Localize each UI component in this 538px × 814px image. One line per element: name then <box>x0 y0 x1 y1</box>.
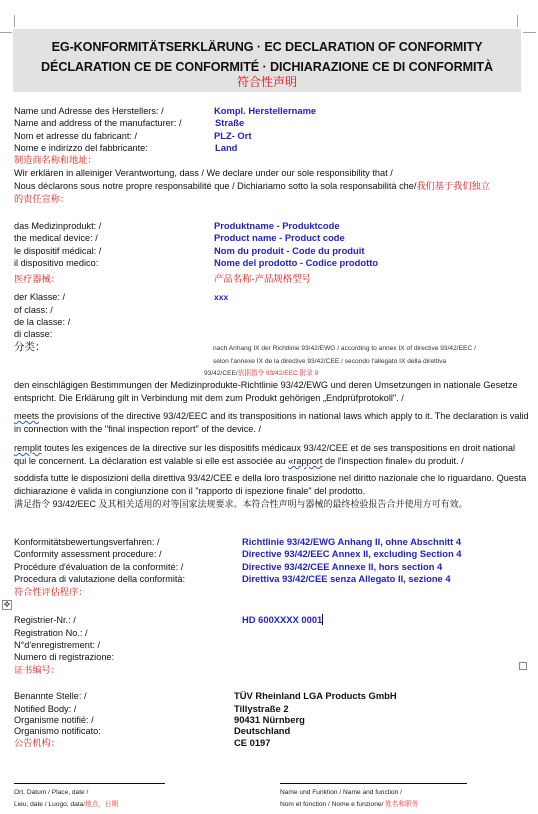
signature-label-name-function-2: Nom et fonction / Nome e funzione/ 姓名和职务 <box>280 797 418 813</box>
device-label-fr: le dispositif médical: / <box>14 245 101 257</box>
title-line-2: DÉCLARATION CE DE CONFORMITÉ · DICHIARAZ… <box>13 60 521 74</box>
device-value-en[interactable]: Product name - Product code <box>214 232 345 244</box>
class-annex-line-1: nach Anhang IX der Richtlinie 93/42/EWG … <box>213 342 476 355</box>
procedure-label-fr: Procédure d'évaluation de la conformité:… <box>14 561 183 573</box>
notified-body-label-it: Organismo notificato: <box>14 725 101 737</box>
statement-fr-end: de l'inspection finale» du produit. / <box>323 456 464 466</box>
class-label-cn: 分类： <box>14 341 46 353</box>
crop-mark-right-horizontal <box>523 32 536 33</box>
manufacturer-label-it: Nome e indirizzo del fabbricante: <box>14 142 148 154</box>
statement-en-text: the provisions of the directive 93/42/EE… <box>14 411 529 434</box>
registration-label-cn: 证书编号： <box>14 664 60 676</box>
manufacturer-label-de: Name und Adresse des Herstellers: / <box>14 105 164 117</box>
device-label-cn: 医疗器械： <box>14 273 60 285</box>
registration-label-en: Registration No.: / <box>14 627 88 639</box>
procedure-value-it[interactable]: Direttiva 93/42/CEE senza Allegato II, s… <box>242 573 451 585</box>
document-header: EG-KONFORMITÄTSERKLÄRUNG · EC DECLARATIO… <box>13 29 521 92</box>
declaration-line-2-cn: 我们基于我们独立 <box>416 181 490 191</box>
statement-fr-first-word: remplit <box>14 443 42 453</box>
device-label-de: das Medizinprodukt: / <box>14 220 101 232</box>
registration-label-it: Numero di registrazione: <box>14 651 114 663</box>
registration-label-de: Registrier-Nr.: / <box>14 614 76 626</box>
manufacturer-label-fr: Nom et adresse du fabricant: / <box>14 130 137 142</box>
manufacturer-label-en: Name and address of the manufacturer: / <box>14 117 182 129</box>
crop-mark-left-vertical <box>14 15 15 27</box>
declaration-line-2-text: Nous déclarons sous notre propre respons… <box>14 181 416 191</box>
statement-fr: remplit toutes les exigences de la direc… <box>14 442 529 468</box>
device-value-de[interactable]: Produktname - Produktcode <box>214 220 340 232</box>
notified-body-label-cn: 公告机构： <box>14 737 60 749</box>
device-value-it[interactable]: Nome del prodotto - Codice prodotto <box>214 257 378 269</box>
notified-body-country: Deutschland <box>234 725 290 737</box>
signature-label-name-function-2-text: Nom et fonction / Nome e funzione/ <box>280 801 383 808</box>
declaration-line-2: Nous déclarons sous notre propre respons… <box>14 180 490 192</box>
class-label-de: der Klasse: / <box>14 291 65 303</box>
notified-body-ce-number: CE 0197 <box>234 737 270 749</box>
class-label-it: di classe: <box>14 328 52 340</box>
text-cursor <box>322 614 323 625</box>
statement-it: soddisfa tutte le disposizioni della dir… <box>14 472 529 498</box>
signature-label-place-date-2-text: Lieu, date / Luogo, data <box>14 801 83 808</box>
procedure-value-fr[interactable]: Directive 93/42/CEE Annexe II, hors sect… <box>242 561 442 573</box>
class-annex-line-3-text: 93/42/CEE/ <box>204 370 238 377</box>
declaration-line-1: Wir erklären in alleiniger Verantwortung… <box>14 167 393 179</box>
procedure-value-de[interactable]: Richtlinie 93/42/EWG Anhang II, ohne Abs… <box>242 536 461 548</box>
registration-label-fr: N°d'enregistrement: / <box>14 639 100 651</box>
device-value-fr[interactable]: Nom du produit - Code du produit <box>214 245 365 257</box>
registration-number[interactable]: HD 600XXXX 0001 <box>242 614 322 625</box>
procedure-label-en: Conformity assessment procedure: / <box>14 548 162 560</box>
procedure-value-en[interactable]: Directive 93/42/EEC Annex II, excluding … <box>242 548 462 560</box>
procedure-label-it: Procedura di valutazione della conformit… <box>14 573 185 585</box>
title-line-1: EG-KONFORMITÄTSERKLÄRUNG · EC DECLARATIO… <box>13 40 521 54</box>
class-annex-line-3-cn: 依据指令 93/42/EEC 附录 9 <box>238 370 319 377</box>
square-icon <box>519 662 527 670</box>
manufacturer-label-cn: 制造商名称和地址： <box>14 154 97 166</box>
statement-en-first-word: meets <box>14 411 39 421</box>
statement-fr-squiggle: «rapport <box>288 456 322 466</box>
manufacturer-city[interactable]: PLZ- Ort <box>214 130 252 142</box>
manufacturer-name[interactable]: Kompl. Herstellername <box>214 105 316 117</box>
title-chinese: 符合性声明 <box>13 73 521 90</box>
manufacturer-country[interactable]: Land <box>215 142 237 154</box>
registration-value[interactable]: HD 600XXXX 0001 <box>242 614 323 626</box>
signature-line-place-date <box>14 783 165 784</box>
signature-label-place-date-2: Lieu, date / Luogo, data/地点，日期 <box>14 797 118 813</box>
manufacturer-street[interactable]: Straße <box>215 117 244 129</box>
procedure-label-cn: 符合性评估程序： <box>14 586 88 598</box>
class-label-en: of class: / <box>14 304 53 316</box>
crop-mark-right-vertical <box>517 15 518 27</box>
notified-body-label-de: Benannte Stelle: / <box>14 690 87 702</box>
device-label-en: the medical device: / <box>14 232 98 244</box>
class-label-fr: de la classe: / <box>14 316 70 328</box>
statement-de: den einschlägigen Bestimmungen der Mediz… <box>14 379 529 405</box>
signature-line-name-function <box>280 783 467 784</box>
notified-body-name: TÜV Rheinland LGA Products GmbH <box>234 690 397 702</box>
procedure-label-de: Konformitätsbewertungsverfahren: / <box>14 536 160 548</box>
class-value[interactable]: xxx <box>214 291 228 303</box>
signature-label-name-function-2-cn: 姓名和职务 <box>383 801 418 808</box>
device-value-cn[interactable]: 产品名称-产品规格型号 <box>214 273 311 285</box>
crop-mark-left-horizontal <box>0 32 12 33</box>
statement-cn: 满足指令 93/42/EEC 及其相关适用的对等国家法规要求。本符合性声明与器械… <box>14 498 529 511</box>
signature-label-place-date-2-cn: /地点，日期 <box>83 801 118 808</box>
four-arrows-icon[interactable]: ✥ <box>2 600 12 610</box>
device-label-it: il dispositivo medico: <box>14 257 98 269</box>
statement-en: meets the provisions of the directive 93… <box>14 410 529 436</box>
declaration-line-3-cn: 的责任宣称： <box>14 193 69 205</box>
